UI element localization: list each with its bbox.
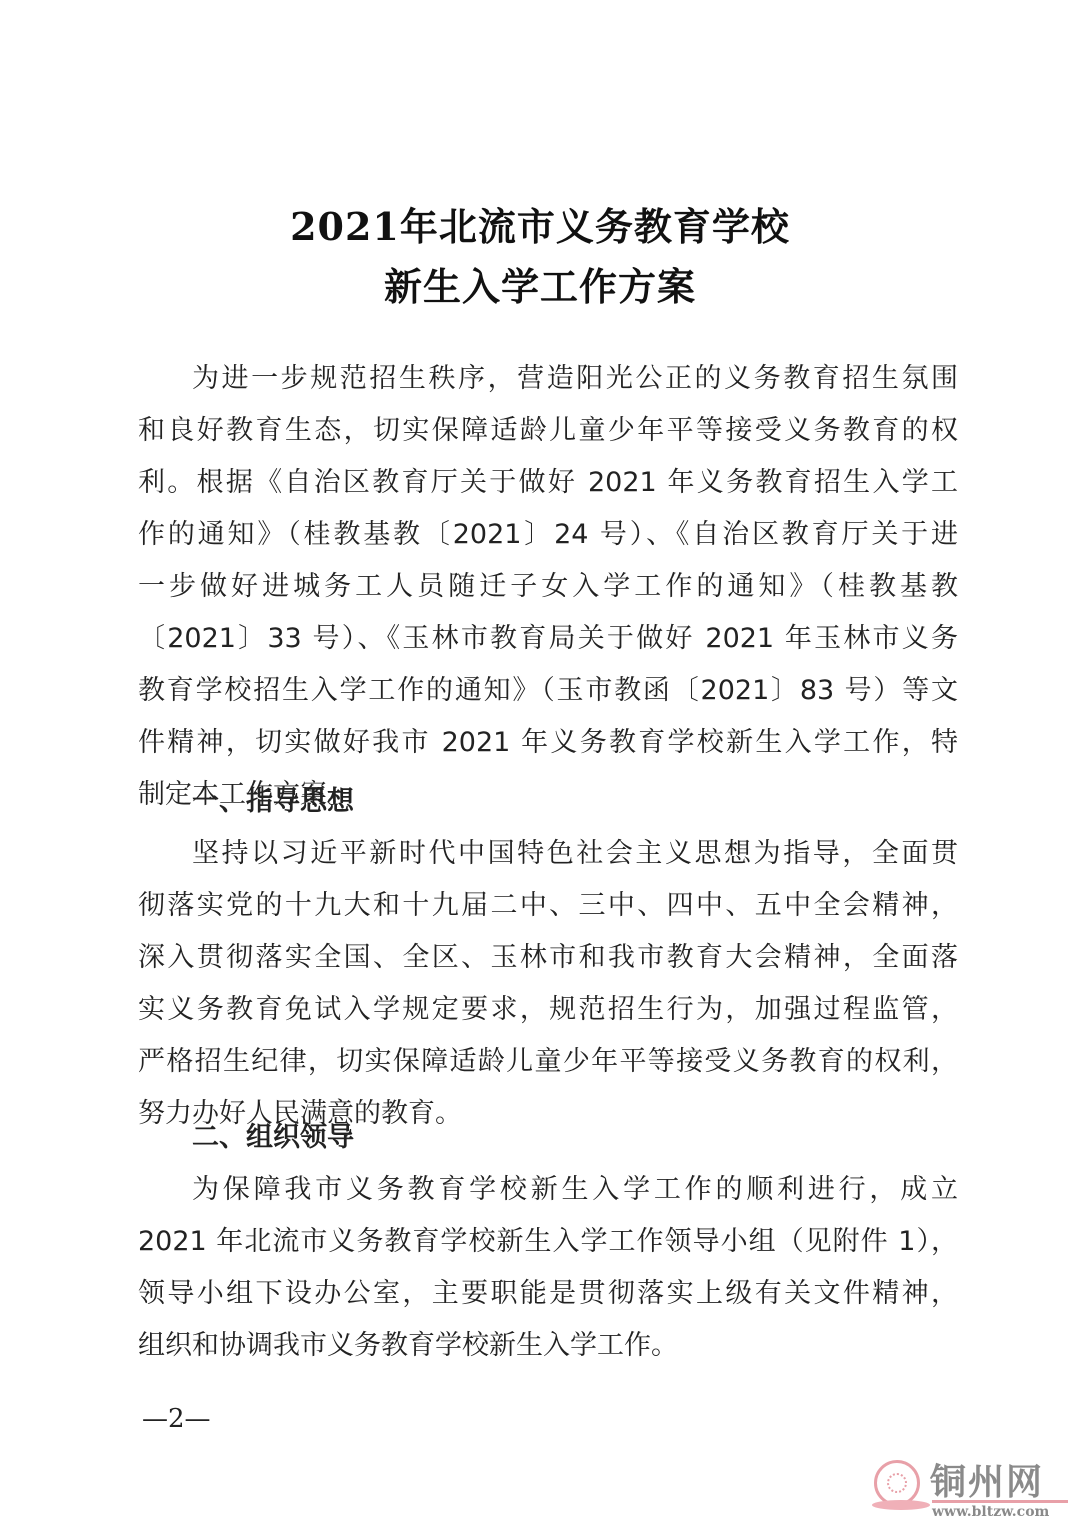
text-line: 彻落实党的十九大和十九届二中、三中、四中、五中全会精神，: [138, 880, 958, 932]
text-line: 深入贯彻落实全国、全区、玉林市和我市教育大会精神，全面落: [138, 932, 958, 984]
text-line: 严格招生纪律，切实保障适龄儿童少年平等接受义务教育的权利，: [138, 1036, 958, 1088]
logo-wave-icon: [872, 1500, 930, 1510]
document-title-line-1: 2021年北流市义务教育学校: [0, 196, 1080, 251]
section-1: 一、指导思想 坚持以习近平新时代中国特色社会主义思想为指导，全面贯 彻落实党的十…: [138, 776, 958, 1140]
text-line: 组织和协调我市义务教育学校新生入学工作。: [138, 1320, 958, 1372]
text-line: 坚持以习近平新时代中国特色社会主义思想为指导，全面贯: [138, 828, 958, 880]
watermark-divider: [932, 1500, 1068, 1503]
site-watermark: 铜州网 www.bltzw.com: [872, 1452, 1072, 1522]
text-line: 2021 年北流市义务教育学校新生入学工作领导小组（见附件 1），: [138, 1216, 958, 1268]
text-line: 实义务教育免试入学规定要求，规范招生行为，加强过程监管，: [138, 984, 958, 1036]
watermark-site-name: 铜州网: [930, 1454, 1044, 1505]
text-line: 教育学校招生入学工作的通知》（玉市教函〔2021〕83 号）等文: [138, 665, 958, 717]
text-line: 和良好教育生态，切实保障适龄儿童少年平等接受义务教育的权: [138, 405, 958, 457]
section-heading: 一、指导思想: [138, 776, 958, 828]
text-line: 作的通知》（桂教基教〔2021〕24 号）、《自治区教育厅关于进: [138, 509, 958, 561]
text-line: 件精神，切实做好我市 2021 年义务教育学校新生入学工作，特: [138, 717, 958, 769]
text-line: 领导小组下设办公室，主要职能是贯彻落实上级有关文件精神，: [138, 1268, 958, 1320]
text-line: 一步做好进城务工人员随迁子女入学工作的通知》（桂教基教: [138, 561, 958, 613]
section-2: 二、组织领导 为保障我市义务教育学校新生入学工作的顺利进行，成立 2021 年北…: [138, 1112, 958, 1372]
page-number: —2—: [142, 1404, 211, 1434]
intro-paragraph: 为进一步规范招生秩序，营造阳光公正的义务教育招生氛围 和良好教育生态，切实保障适…: [138, 353, 958, 821]
watermark-url: www.bltzw.com: [932, 1504, 1049, 1520]
text-line: 为进一步规范招生秩序，营造阳光公正的义务教育招生氛围: [138, 353, 958, 405]
text-line: 〔2021〕33 号）、《玉林市教育局关于做好 2021 年玉林市义务: [138, 613, 958, 665]
text-line: 为保障我市义务教育学校新生入学工作的顺利进行，成立: [138, 1164, 958, 1216]
document-title-line-2: 新生入学工作方案: [0, 256, 1080, 311]
text-line: 利。根据《自治区教育厅关于做好 2021 年义务教育招生入学工: [138, 457, 958, 509]
section-heading: 二、组织领导: [138, 1112, 958, 1164]
